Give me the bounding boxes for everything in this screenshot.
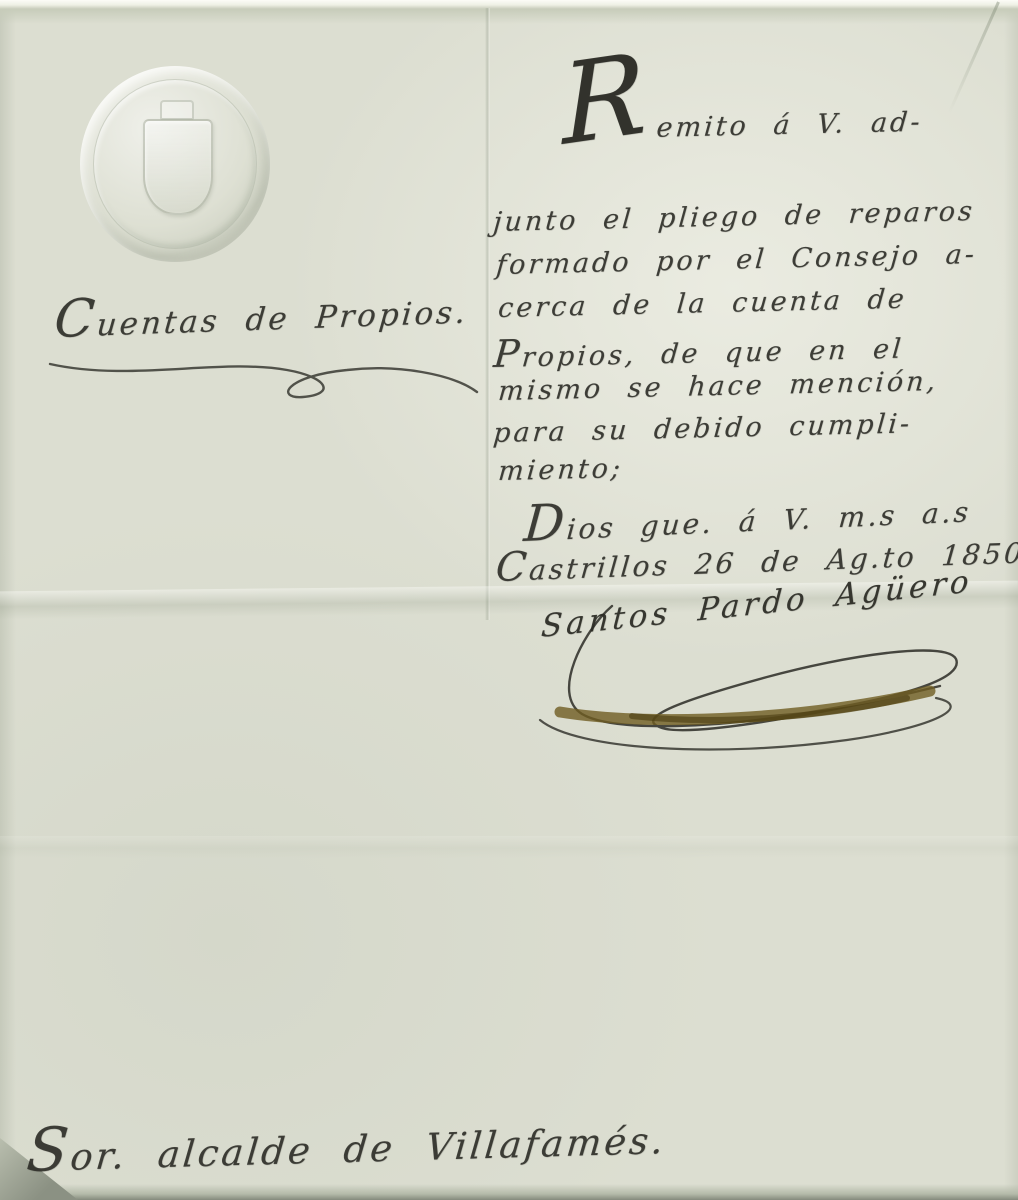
top-right-crease bbox=[948, 1, 1000, 114]
letter-line-text: emito á V. ad- bbox=[655, 108, 923, 144]
drop-cap-initial: R bbox=[561, 89, 649, 113]
letter-line: formado por el Consejo a- bbox=[495, 240, 978, 281]
rubric-loop-lower bbox=[540, 698, 951, 750]
horizontal-crease-faint bbox=[0, 836, 1018, 858]
margin-subject-note: Cuentas de Propios. bbox=[52, 277, 471, 349]
scanned-letter-page: Cuentas de Propios. R emito á V. ad- jun… bbox=[0, 0, 1018, 1200]
vertical-fold-line bbox=[485, 8, 490, 620]
letter-line: miento; bbox=[497, 454, 624, 487]
ink-smear-dark bbox=[632, 698, 907, 720]
embossed-seal-icon bbox=[80, 66, 270, 262]
seal-shield bbox=[143, 119, 214, 215]
letter-line: para su debido cumpli- bbox=[492, 409, 913, 448]
margin-note-flourish bbox=[35, 346, 485, 408]
seal-crown bbox=[160, 100, 194, 120]
letter-line: R emito á V. ad- bbox=[558, 88, 925, 146]
addressee-line: Sor. alcalde de Villafamés. bbox=[24, 1100, 670, 1184]
letter-line: junto el pliego de reparos bbox=[492, 197, 976, 238]
flourish-stroke bbox=[50, 364, 477, 397]
letter-line: cerca de la cuenta de bbox=[497, 285, 908, 324]
ink-smear bbox=[560, 691, 930, 720]
